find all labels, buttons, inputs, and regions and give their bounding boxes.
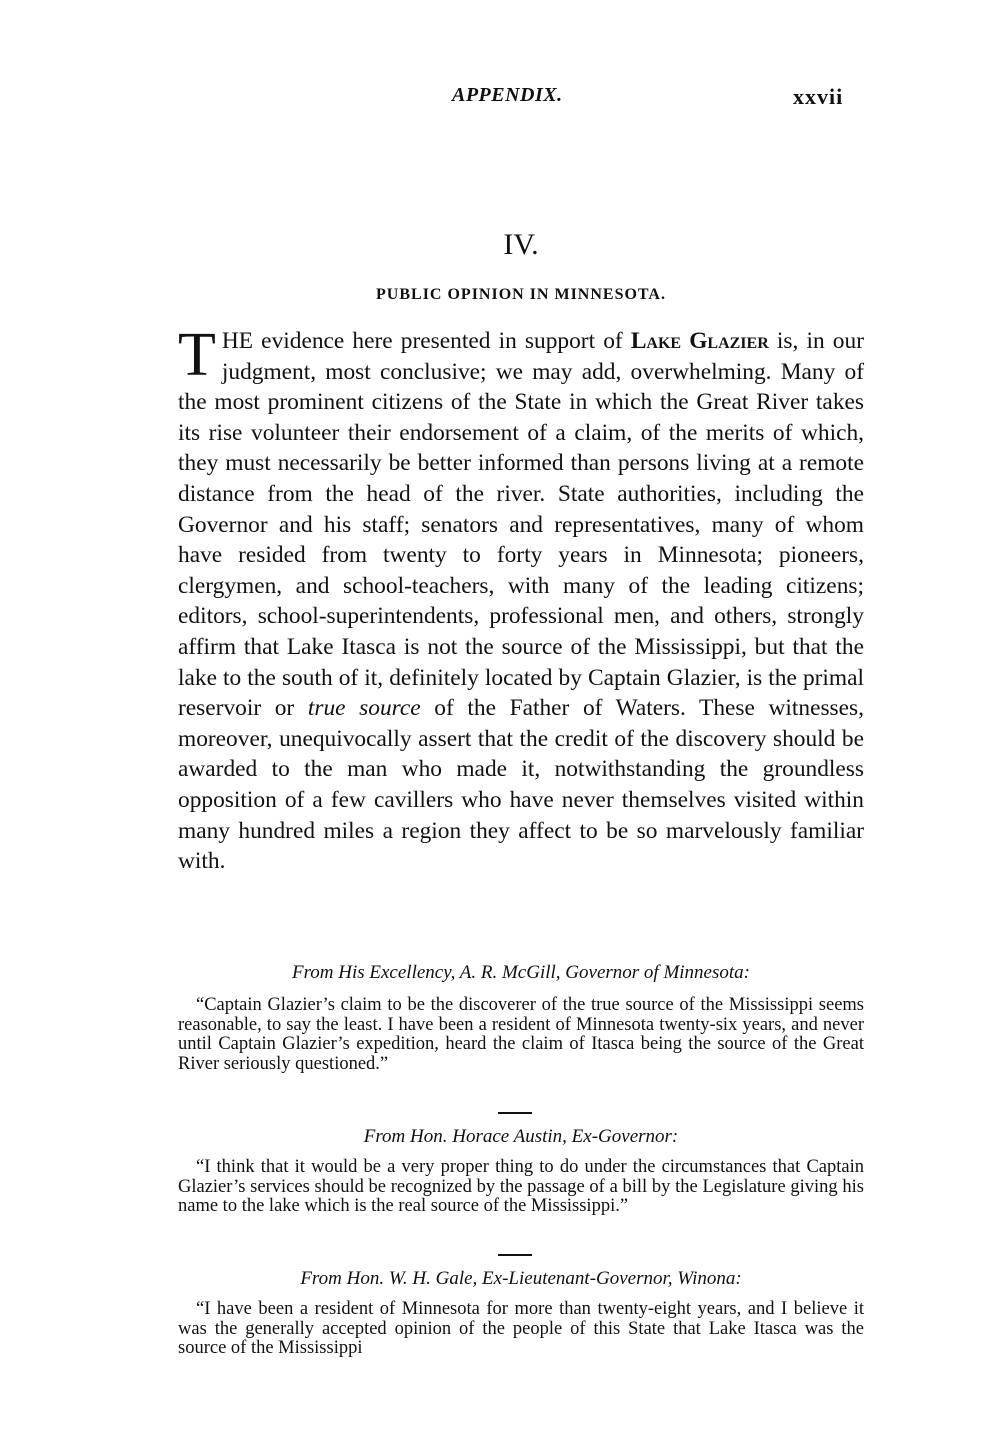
book-page: APPENDIX. xxvii IV. PUBLIC OPINION IN MI…: [0, 0, 1000, 1453]
quote-text: “I have been a resident of Minnesota for…: [178, 1300, 864, 1359]
testimonial-attribution-mcgill: From His Excellency, A. R. McGill, Gover…: [178, 962, 864, 984]
running-head-title: APPENDIX.: [452, 84, 563, 107]
section-divider: [498, 1254, 532, 1256]
intro-text-1: HE evidence here presented in support of: [222, 328, 631, 354]
drop-cap: T: [178, 329, 216, 381]
section-divider: [498, 1112, 532, 1114]
intro-text-2: is, in our judgment, most conclusive; we…: [178, 328, 864, 721]
chapter-title: PUBLIC OPINION IN MINNESOTA.: [0, 286, 1000, 304]
running-head: APPENDIX. xxvii: [0, 84, 1000, 114]
true-source-phrase: true source: [308, 695, 421, 721]
quote-text: “I think that it would be a very proper …: [178, 1158, 864, 1217]
page-number: xxvii: [793, 84, 843, 110]
testimonial-attribution-austin: From Hon. Horace Austin, Ex-Governor:: [178, 1126, 864, 1148]
testimonial-quote-gale: “I have been a resident of Minnesota for…: [178, 1300, 864, 1359]
quote-text: “Captain Glazier’s claim to be the disco…: [178, 996, 864, 1074]
testimonial-quote-mcgill: “Captain Glazier’s claim to be the disco…: [178, 996, 864, 1074]
testimonial-quote-austin: “I think that it would be a very proper …: [178, 1158, 864, 1217]
testimonial-attribution-gale: From Hon. W. H. Gale, Ex-Lieutenant-Gove…: [178, 1268, 864, 1290]
intro-paragraph: THE evidence here presented in support o…: [178, 326, 864, 877]
intro-text-3: of the Father of Waters. These witnesses…: [178, 695, 864, 874]
chapter-number: IV.: [0, 228, 1000, 262]
lake-glazier-name: Lake Glazier: [631, 328, 769, 354]
